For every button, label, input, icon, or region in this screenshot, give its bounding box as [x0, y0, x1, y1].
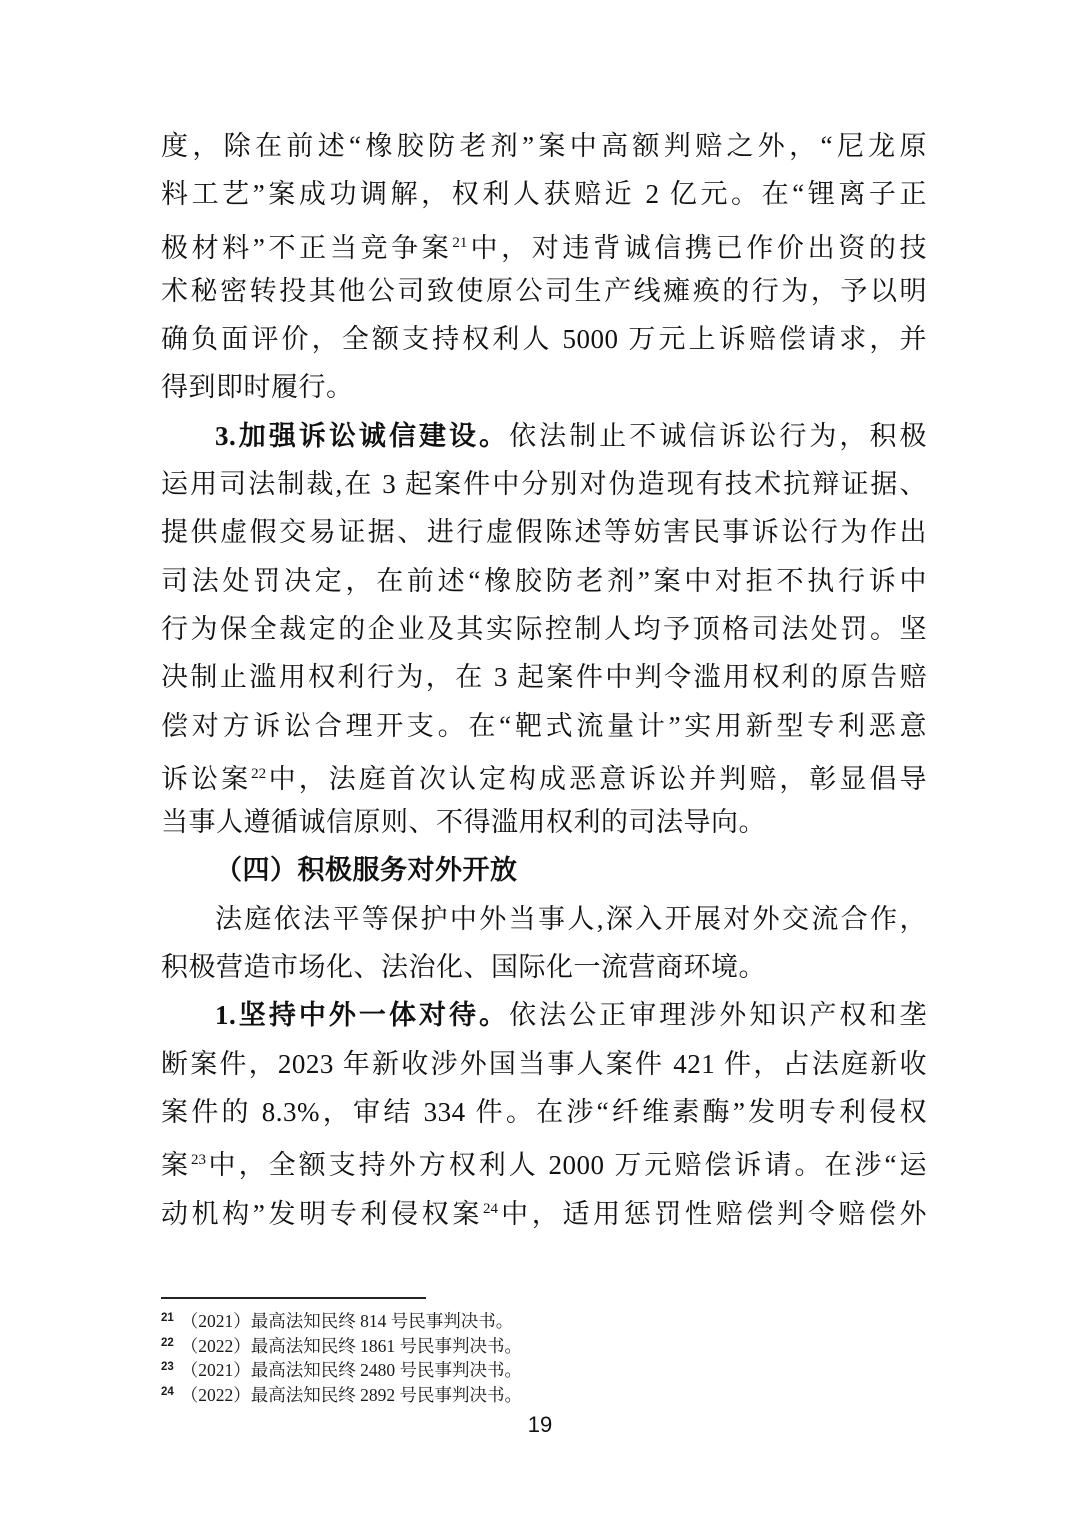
- body-line: 提供虚假交易证据、进行虚假陈述等妨害民事诉讼行为作出: [161, 508, 927, 556]
- body-text: 当事人遵循诚信原则、不得滥用权利的司法导向。: [161, 807, 766, 837]
- body-line: 当事人遵循诚信原则、不得滥用权利的司法导向。: [161, 798, 927, 846]
- bold-text: 3.加强诉讼诚信建设。: [215, 421, 509, 451]
- body-line: 动机构”发明专利侵权案24中，适用惩罚性赔偿判令赔偿外: [161, 1185, 927, 1233]
- footnote-marker: 24: [161, 1386, 174, 1398]
- footnote-item: 21（2021）最高法知民终 814 号民事判决书。: [161, 1308, 927, 1333]
- body-text: 依法制止不诚信诉讼行为，积极: [509, 421, 927, 451]
- document-page: 度，除在前述“橡胶防老剂”案中高额判赔之外，“尼龙原料工艺”案成功调解，权利人获…: [0, 0, 1080, 1527]
- footnote-ref: 22: [251, 766, 266, 782]
- body-line: 料工艺”案成功调解，权利人获赔近 2 亿元。在“锂离子正: [161, 170, 927, 218]
- body-line: 司法处罚决定，在前述“橡胶防老剂”案中对拒不执行诉中: [161, 557, 927, 605]
- body-line: 3.加强诉讼诚信建设。依法制止不诚信诉讼行为，积极: [161, 412, 927, 460]
- body-line: 运用司法制裁,在 3 起案件中分别对伪造现有技术抗辩证据、: [161, 460, 927, 508]
- document-body: 度，除在前述“橡胶防老剂”案中高额判赔之外，“尼龙原料工艺”案成功调解，权利人获…: [161, 122, 927, 1233]
- body-text: 案件的 8.3%，审结 334 件。在涉“纤维素酶”发明专利侵权: [161, 1097, 927, 1127]
- body-text: 断案件，2023 年新收涉外国当事人案件 421 件，占法庭新收: [161, 1049, 927, 1079]
- body-line: 决制止滥用权利行为，在 3 起案件中判令滥用权利的原告赔: [161, 653, 927, 701]
- body-text: 依法公正审理涉外知识产权和垄: [509, 1000, 927, 1030]
- body-text: 司法处罚决定，在前述“橡胶防老剂”案中对拒不执行诉中: [161, 566, 927, 596]
- body-text: 术秘密转投其他公司致使原公司生产线瘫痪的行为，予以明: [161, 276, 927, 306]
- footnote-marker: 22: [161, 1337, 174, 1349]
- body-text: 中，全额支持外方权利人 2000 万元赔偿诉请。在涉“运: [206, 1150, 927, 1180]
- footnote-item: 24（2022）最高法知民终 2892 号民事判决书。: [161, 1382, 927, 1407]
- footnote-text: （2022）最高法知民终 2892 号民事判决书。: [181, 1385, 522, 1405]
- page-number: 19: [0, 1412, 1080, 1438]
- body-text: 决制止滥用权利行为，在 3 起案件中判令滥用权利的原告赔: [161, 662, 927, 692]
- body-line: （四）积极服务对外开放: [161, 846, 927, 894]
- footnote-text: （2021）最高法知民终 814 号民事判决书。: [181, 1311, 514, 1331]
- body-text: 行为保全裁定的企业及其实际控制人均予顶格司法处罚。坚: [161, 614, 927, 644]
- body-text: 得到即时履行。: [161, 372, 354, 402]
- body-line: 法庭依法平等保护中外当事人,深入开展对外交流合作，: [161, 895, 927, 943]
- body-text: 中，对违背诚信携已作价出资的技: [467, 233, 927, 263]
- body-line: 案件的 8.3%，审结 334 件。在涉“纤维素酶”发明专利侵权: [161, 1088, 927, 1136]
- body-line: 诉讼案22中，法庭首次认定构成恶意诉讼并判赔，彰显倡导: [161, 750, 927, 798]
- body-line: 断案件，2023 年新收涉外国当事人案件 421 件，占法庭新收: [161, 1040, 927, 1088]
- footnote-ref: 23: [191, 1152, 206, 1168]
- footnote-item: 22（2022）最高法知民终 1861 号民事判决书。: [161, 1333, 927, 1358]
- body-line: 1.坚持中外一体对待。依法公正审理涉外知识产权和垄: [161, 991, 927, 1039]
- body-line: 确负面评价，全额支持权利人 5000 万元上诉赔偿请求，并: [161, 315, 927, 363]
- body-text: 偿对方诉讼合理开支。在“靶式流量计”实用新型专利恶意: [161, 711, 927, 741]
- body-line: 极材料”不正当竞争案21中，对违背诚信携已作价出资的技: [161, 219, 927, 267]
- body-line: 积极营造市场化、法治化、国际化一流营商环境。: [161, 943, 927, 991]
- body-line: 案23中，全额支持外方权利人 2000 万元赔偿诉请。在涉“运: [161, 1136, 927, 1184]
- body-text: 极材料”不正当竞争案: [161, 233, 452, 263]
- body-line: 术秘密转投其他公司致使原公司生产线瘫痪的行为，予以明: [161, 267, 927, 315]
- body-text: 案: [161, 1150, 191, 1180]
- body-text: 度，除在前述“橡胶防老剂”案中高额判赔之外，“尼龙原: [161, 131, 927, 161]
- body-text: 料工艺”案成功调解，权利人获赔近 2 亿元。在“锂离子正: [161, 179, 927, 209]
- body-text: 中，适用惩罚性赔偿判令赔偿外: [498, 1199, 927, 1229]
- body-text: 确负面评价，全额支持权利人 5000 万元上诉赔偿请求，并: [161, 324, 927, 354]
- footnote-marker: 21: [161, 1312, 174, 1324]
- body-text: 积极营造市场化、法治化、国际化一流营商环境。: [161, 952, 766, 982]
- footnote-text: （2022）最高法知民终 1861 号民事判决书。: [181, 1336, 522, 1356]
- footnote-separator: [161, 1297, 426, 1299]
- body-line: 度，除在前述“橡胶防老剂”案中高额判赔之外，“尼龙原: [161, 122, 927, 170]
- body-line: 得到即时履行。: [161, 363, 927, 411]
- body-text: 提供虚假交易证据、进行虚假陈述等妨害民事诉讼行为作出: [161, 517, 927, 547]
- footnote-text: （2021）最高法知民终 2480 号民事判决书。: [181, 1360, 522, 1380]
- footnotes-list: 21（2021）最高法知民终 814 号民事判决书。22（2022）最高法知民终…: [161, 1308, 927, 1406]
- bold-text: 1.坚持中外一体对待。: [215, 1000, 509, 1030]
- body-text: 诉讼案: [161, 764, 251, 794]
- footnote-marker: 23: [161, 1361, 174, 1373]
- body-line: 偿对方诉讼合理开支。在“靶式流量计”实用新型专利恶意: [161, 702, 927, 750]
- body-text: 中，法庭首次认定构成恶意诉讼并判赔，彰显倡导: [266, 764, 927, 794]
- footnote-item: 23（2021）最高法知民终 2480 号民事判决书。: [161, 1357, 927, 1382]
- body-text: 动机构”发明专利侵权案: [161, 1199, 483, 1229]
- body-text: 运用司法制裁,在 3 起案件中分别对伪造现有技术抗辩证据、: [161, 469, 927, 499]
- footnote-ref: 21: [452, 235, 467, 251]
- bold-text: （四）积极服务对外开放: [215, 855, 518, 885]
- body-text: 法庭依法平等保护中外当事人,深入开展对外交流合作，: [215, 904, 927, 934]
- footnote-ref: 24: [483, 1201, 498, 1217]
- body-line: 行为保全裁定的企业及其实际控制人均予顶格司法处罚。坚: [161, 605, 927, 653]
